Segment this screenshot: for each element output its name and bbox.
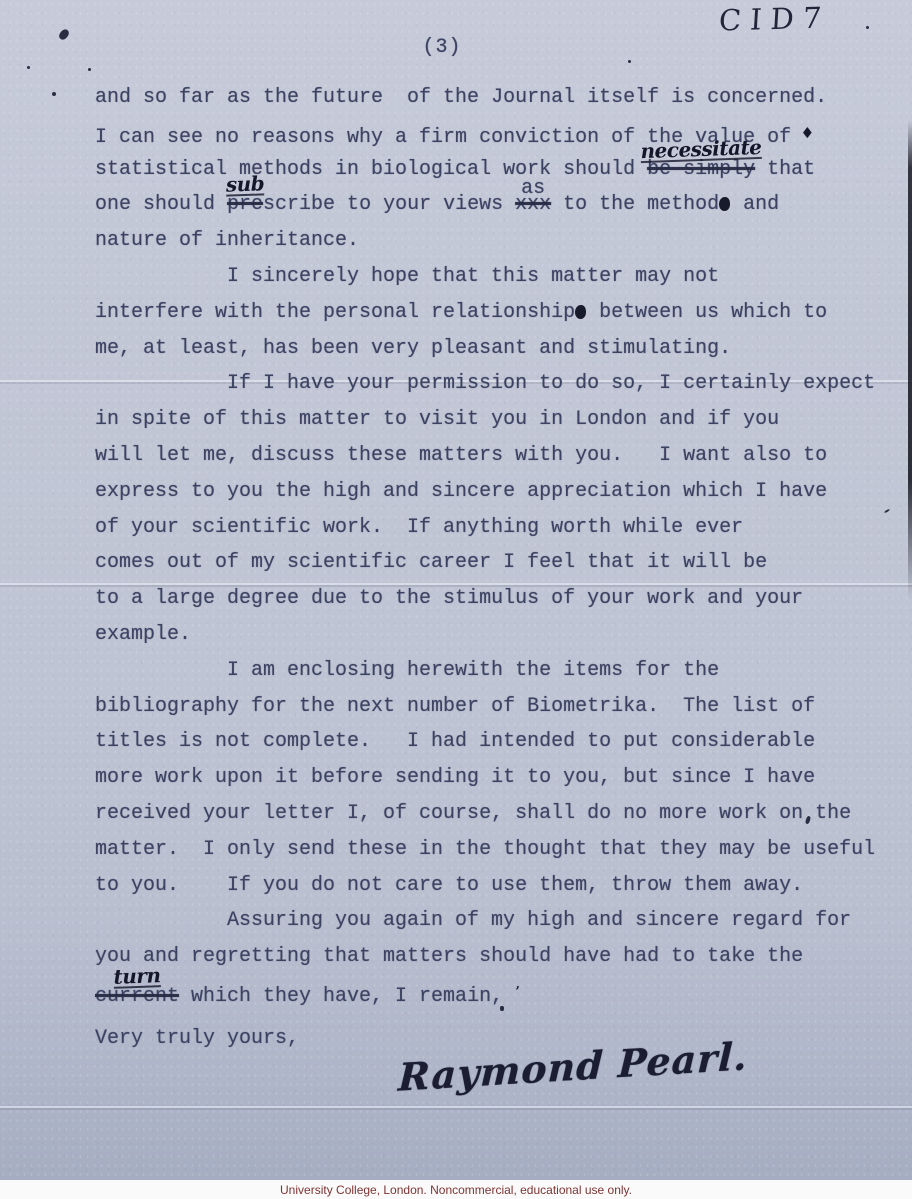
letter-line: me, at least, has been very pleasant and…: [95, 331, 885, 367]
typed-text: I am enclosing herewith the items for th…: [227, 659, 719, 682]
typed-text: comes out of my scientific career I feel…: [95, 551, 767, 574]
signature-handwritten: Raymond Pearl.: [397, 1033, 749, 1100]
letter-line: you and regretting that matters should h…: [95, 939, 885, 975]
typed-text: one should: [95, 193, 227, 216]
closing-line: Very truly yours,: [95, 1027, 299, 1050]
page-number: (3): [0, 36, 898, 59]
letter-line: express to you the high and sincere appr…: [95, 474, 885, 510]
typed-text: bibliography for the next number of Biom…: [95, 695, 815, 718]
letter-line: received your letter I, of course, shall…: [95, 796, 885, 832]
typed-text: example.: [95, 623, 191, 646]
typed-text: to you. If you do not care to use them, …: [95, 874, 803, 897]
letter-line: I am enclosing herewith the items for th…: [95, 653, 885, 689]
handwritten-mark: ’: [515, 983, 520, 1001]
letter-body: and so far as the future of the Journal …: [95, 80, 885, 1011]
typed-text: to a large degree due to the stimulus of…: [95, 587, 803, 610]
archive-mark-handwritten: CID7: [718, 1, 831, 38]
typed-text: received your letter I, of course, shall…: [95, 802, 851, 825]
ink-speck: [27, 66, 30, 69]
letter-line: will let me, discuss these matters with …: [95, 438, 885, 474]
typed-text: and: [731, 193, 779, 216]
letter-line: to you. If you do not care to use them, …: [95, 868, 885, 904]
ink-speck: [88, 68, 91, 71]
correction-stack: asxxx: [515, 187, 551, 223]
typed-correction: as: [521, 179, 545, 199]
letter-line: I sincerely hope that this matter may no…: [95, 259, 885, 295]
letter-line: more work upon it before sending it to y…: [95, 760, 885, 796]
typed-text: I sincerely hope that this matter may no…: [227, 265, 719, 288]
letter-line: bibliography for the next number of Biom…: [95, 689, 885, 725]
letter-line: in spite of this matter to visit you in …: [95, 402, 885, 438]
handwritten-mark: ♦: [791, 124, 814, 142]
typed-text: and so far as the future of the Journal …: [95, 86, 827, 109]
letter-line: statistical methods in biological work s…: [95, 152, 885, 188]
correction-stack: necessitatebe simply: [647, 152, 755, 188]
letter-line: titles is not complete. I had intended t…: [95, 724, 885, 760]
letter-line: I can see no reasons why a firm convicti…: [95, 116, 885, 152]
ink-speck: [52, 92, 56, 96]
typed-text: which they have, I remain,: [179, 985, 515, 1008]
fold-crease: [0, 1106, 912, 1110]
struck-text: current: [95, 985, 179, 1008]
typed-text: If I have your permission to do so, I ce…: [227, 372, 875, 395]
typed-text: titles is not complete. I had intended t…: [95, 730, 815, 753]
typed-text: to the method: [551, 193, 719, 216]
typed-text: in spite of this matter to visit you in …: [95, 408, 779, 431]
typed-text: will let me, discuss these matters with …: [95, 444, 827, 467]
letter-line: nature of inheritance.: [95, 223, 885, 259]
letter-line: matter. I only send these in the thought…: [95, 832, 885, 868]
ink-blob: [719, 197, 730, 211]
letter-line: Assuring you again of my high and sincer…: [95, 903, 885, 939]
ink-speck: [628, 60, 631, 63]
footer-bar: University College, London. Noncommercia…: [0, 1180, 912, 1199]
typed-text: Assuring you again of my high and sincer…: [227, 909, 851, 932]
letter-line: interfere with the personal relationship…: [95, 295, 885, 331]
letter-line: to a large degree due to the stimulus of…: [95, 581, 885, 617]
handwritten-correction: sub: [226, 174, 265, 197]
typed-text: that: [755, 158, 815, 181]
letter-line: of your scientific work. If anything wor…: [95, 510, 885, 546]
typed-text: express to you the high and sincere appr…: [95, 480, 827, 503]
typed-text: statistical methods in biological work s…: [95, 158, 647, 181]
letter-line: one should subprescribe to your views as…: [95, 187, 885, 223]
correction-stack: subpre: [227, 187, 263, 223]
letter-line: comes out of my scientific career I feel…: [95, 545, 885, 581]
letter-line: turncurrent which they have, I remain, ’: [95, 975, 885, 1011]
letter-line: example.: [95, 617, 885, 653]
correction-stack: turncurrent: [95, 979, 179, 1015]
typed-text: of your scientific work. If anything wor…: [95, 516, 743, 539]
typed-text: me, at least, has been very pleasant and…: [95, 337, 731, 360]
typed-text: interfere with the personal relationship: [95, 301, 575, 324]
typed-text: you and regretting that matters should h…: [95, 945, 803, 968]
handwritten-correction: necessitate: [640, 136, 762, 162]
letter-line: and so far as the future of the Journal …: [95, 80, 885, 116]
letter-page: (3) CID7 and so far as the future of the…: [0, 0, 912, 1180]
struck-text: pre: [227, 193, 263, 216]
typed-text: matter. I only send these in the thought…: [95, 838, 875, 861]
letter-line: If I have your permission to do so, I ce…: [95, 366, 885, 402]
typed-text: nature of inheritance.: [95, 229, 359, 252]
ink-blob: [575, 305, 586, 319]
scan-edge-shadow: [908, 120, 912, 600]
ink-speck: [866, 26, 869, 29]
footer-caption: University College, London. Noncommercia…: [280, 1183, 632, 1197]
typed-text: scribe to your views: [263, 193, 515, 216]
typed-text: more work upon it before sending it to y…: [95, 766, 815, 789]
handwritten-correction: turn: [113, 965, 161, 989]
typed-text: between us which to: [587, 301, 827, 324]
